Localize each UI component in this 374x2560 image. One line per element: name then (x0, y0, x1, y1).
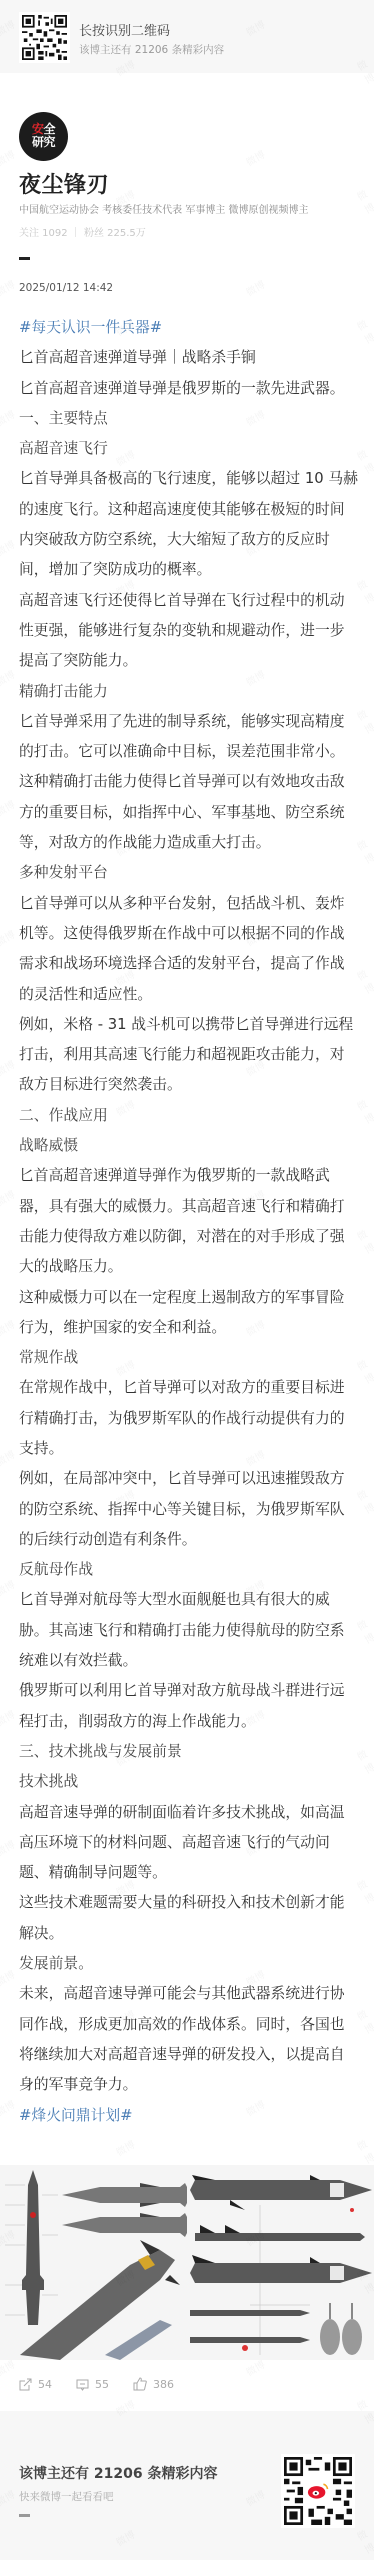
paragraph-line: 打击，利用其高速飞行能力和超视距攻击能力，对 (19, 1040, 359, 1070)
watermark-text: 微博 (353, 2134, 374, 2167)
comment-icon (76, 2378, 89, 2391)
paragraph-line: 匕首导弹对航母等大型水面舰艇也具有很大的威 (19, 1585, 359, 1615)
paragraph-line: 方的重要目标，如指挥中心、军事基地、防空系统 (19, 798, 359, 828)
paragraph-line: 性更强，能够进行复杂的变轨和规避动作，进一步 (19, 616, 359, 646)
paragraph-line: 题、精确制导问题等。 (19, 1858, 359, 1888)
section-heading: 反航母作战 (19, 1555, 359, 1585)
banner-title: 长按识别二维码 (79, 20, 170, 39)
footer-subtitle: 快来微博一起看看吧 (19, 2489, 114, 2504)
paragraph-line: 等，对敌方的作战能力造成重大打击。 (19, 828, 359, 858)
watermark-text: 微博 (353, 184, 374, 217)
paragraph-line: 例如，在局部冲突中，匕首导弹可以迅速摧毁敌方 (19, 1464, 359, 1494)
section-heading: 二、作战应用 (19, 1101, 359, 1131)
avatar[interactable]: 安全 研究 (19, 112, 68, 161)
paragraph-line: 机等。这使得俄罗斯在作战中可以根据不同的作战 (19, 919, 359, 949)
paragraph-line: 的速度飞行。这种超高速度使其能够在极短的时间 (19, 495, 359, 525)
watermark-text: 微博 (0, 1446, 17, 1469)
watermark-text: 微博 (0, 926, 17, 949)
watermark-text: 微博 (0, 536, 17, 559)
repost-count: 54 (38, 2378, 52, 2391)
watermark-text: 微博 (0, 276, 17, 299)
paragraph-line: 这些技术难题需要大量的科研投入和技术创新才能 (19, 1888, 359, 1918)
paragraph-line: 同作战，形成更加高效的作战体系。同时，各国也 (19, 2010, 359, 2040)
paragraph-line: 间，增加了突防成功的概率。 (19, 555, 359, 585)
section-heading: 发展前景。 (19, 1949, 359, 1979)
watermark-text: 微博 (0, 1186, 17, 1209)
paragraph-line: 例如，米格 - 31 战斗机可以携带匕首导弹进行远程 (19, 1010, 359, 1040)
paragraph-line: 匕首导弹可以从多种平台发射，包括战斗机、轰炸 (19, 889, 359, 919)
post-content: #每天认识一件兵器#匕首高超音速弹道导弹｜战略杀手锏匕首高超音速弹道导弹是俄罗斯… (19, 313, 359, 2131)
paragraph-line: 支持。 (19, 1434, 359, 1464)
watermark-text: 微博 (0, 2096, 17, 2119)
watermark-text: 微博 (0, 1836, 17, 1859)
watermark-text: 微博 (0, 1056, 17, 1079)
missile-diagram-image (0, 2165, 374, 2360)
paragraph-line: 这种精确打击能力使得匕首导弹可以有效地攻击敌 (19, 767, 359, 797)
weibo-qr-code-icon (284, 2457, 352, 2525)
comment-count: 55 (95, 2378, 109, 2391)
footer-divider-dash (19, 2514, 30, 2517)
watermark-text: 微博 (0, 1576, 17, 1599)
repost-icon (19, 2378, 32, 2391)
qr-code[interactable] (19, 12, 70, 63)
footer-qr-code[interactable] (281, 2454, 355, 2528)
paragraph-line: 行为，维护国家的安全和利益。 (19, 1313, 359, 1343)
thumbs-up-icon (133, 2377, 147, 2391)
post-date: 2025/01/12 14:42 (19, 282, 113, 294)
paragraph-line: 匕首导弹具备极高的飞行速度，能够以超过 10 马赫 (19, 464, 359, 494)
avatar-text-red: 安 (32, 122, 44, 136)
paragraph-line: 身的军事竞争力。 (19, 2070, 359, 2100)
paragraph-line: 匕首高超音速弹道导弹作为俄罗斯的一款战略武 (19, 1161, 359, 1191)
author-name[interactable]: 夜尘锋刃 (19, 168, 109, 199)
watermark-text: 微博 (243, 276, 268, 299)
footer-banner: 该博主还有 21206 条精彩内容 快来微博一起看看吧 (0, 2411, 374, 2560)
paragraph-line: 匕首高超音速弹道导弹｜战略杀手锏 (19, 343, 359, 373)
action-bar: 54 55 386 (19, 2372, 198, 2396)
watermark-text: 微博 (0, 1706, 17, 1729)
watermark-text: 微博 (0, 1316, 17, 1339)
section-heading: 战略威慑 (19, 1131, 359, 1161)
like-count: 386 (153, 2378, 174, 2391)
section-heading: 常规作战 (19, 1343, 359, 1373)
paragraph-line: 解决。 (19, 1919, 359, 1949)
paragraph-line: 的后续行动创造有利条件。 (19, 1525, 359, 1555)
section-heading: 多种发射平台 (19, 858, 359, 888)
watermark-text: 微博 (0, 1966, 17, 1989)
section-heading: 技术挑战 (19, 1767, 359, 1797)
paragraph-line: 的防空系统、指挥中心等关键目标，为俄罗斯军队 (19, 1495, 359, 1525)
section-heading: 高超音速飞行 (19, 434, 359, 464)
footer-title: 该博主还有 21206 条精彩内容 (19, 2463, 217, 2483)
hashtag-link[interactable]: #每天认识一件兵器# (19, 313, 359, 343)
paragraph-line: 将继续加大对高超音速导弹的研发投入，以提高自 (19, 2040, 359, 2070)
paragraph-line: 在常规作战中，匕首导弹可以对敌方的重要目标进 (19, 1373, 359, 1403)
comment-button[interactable]: 55 (76, 2378, 109, 2391)
paragraph-line: 统难以有效拦截。 (19, 1646, 359, 1676)
qr-code-icon (22, 15, 67, 60)
paragraph-line: 高超音速导弹的研制面临着许多技术挑战，如高温 (19, 1798, 359, 1828)
paragraph-line: 器，具有强大的威慑力。其高超音速飞行和精确打 (19, 1192, 359, 1222)
hashtag-link[interactable]: #烽火问鼎计划# (19, 2101, 359, 2131)
paragraph-line: 俄罗斯可以利用匕首导弹对敌方航母战斗群进行远 (19, 1676, 359, 1706)
paragraph-line: 需求和战场环境选择合适的发射平台，提高了作战 (19, 949, 359, 979)
watermark-text: 微博 (243, 146, 268, 169)
paragraph-line: 匕首导弹采用了先进的制导系统，能够实现高精度 (19, 707, 359, 737)
paragraph-line: 这种威慑力可以在一定程度上遏制敌方的军事冒险 (19, 1283, 359, 1313)
section-heading: 精确打击能力 (19, 677, 359, 707)
paragraph-line: 击能力使得敌方难以防御，对潜在的对手形成了强 (19, 1222, 359, 1252)
watermark-text: 微博 (113, 2136, 138, 2159)
avatar-text-white: 全 (44, 122, 56, 136)
like-button[interactable]: 386 (133, 2377, 174, 2391)
paragraph-line: 敌方目标进行突然袭击。 (19, 1070, 359, 1100)
repost-button[interactable]: 54 (19, 2378, 52, 2391)
post-image[interactable] (0, 2165, 374, 2360)
watermark-text: 微博 (0, 406, 17, 429)
watermark-text: 微博 (0, 666, 17, 689)
paragraph-line: 的打击。它可以准确命中目标，误差范围非常小。 (19, 737, 359, 767)
paragraph-line: 胁。其高速飞行和精确打击能力使得航母的防空系 (19, 1616, 359, 1646)
paragraph-line: 未来，高超音速导弹可能会与其他武器系统进行协 (19, 1979, 359, 2009)
paragraph-line: 匕首高超音速弹道导弹是俄罗斯的一款先进武器。 (19, 374, 359, 404)
paragraph-line: 的灵活性和适应性。 (19, 980, 359, 1010)
section-heading: 一、主要特点 (19, 404, 359, 434)
paragraph-line: 高超音速飞行还使得匕首导弹在飞行过程中的机动 (19, 586, 359, 616)
paragraph-line: 提高了突防能力。 (19, 646, 359, 676)
paragraph-line: 大的战略压力。 (19, 1252, 359, 1282)
paragraph-line: 程打击，削弱敌方的海上作战能力。 (19, 1707, 359, 1737)
paragraph-line: 行精确打击，为俄罗斯军队的作战行动提供有力的 (19, 1404, 359, 1434)
paragraph-line: 高压环境下的材料问题、高超音速飞行的气动问 (19, 1828, 359, 1858)
top-qr-banner: 长按识别二维码 该博主还有 21206 条精彩内容 (0, 0, 374, 73)
watermark-text: 微博 (0, 146, 17, 169)
section-heading: 三、技术挑战与发展前景 (19, 1737, 359, 1767)
banner-subtitle: 该博主还有 21206 条精彩内容 (79, 42, 224, 57)
author-bio: 中国航空运动协会 考核委任技术代表 军事博主 微博原创视频博主 (19, 201, 309, 216)
avatar-text-line2: 研究 (19, 136, 68, 149)
author-stats: 关注 1092 ｜ 粉丝 225.5万 (19, 224, 146, 239)
paragraph-line: 内突破敌方防空系统，大大缩短了敌方的反应时 (19, 525, 359, 555)
watermark-text: 微博 (0, 796, 17, 819)
divider-dash (19, 257, 30, 260)
